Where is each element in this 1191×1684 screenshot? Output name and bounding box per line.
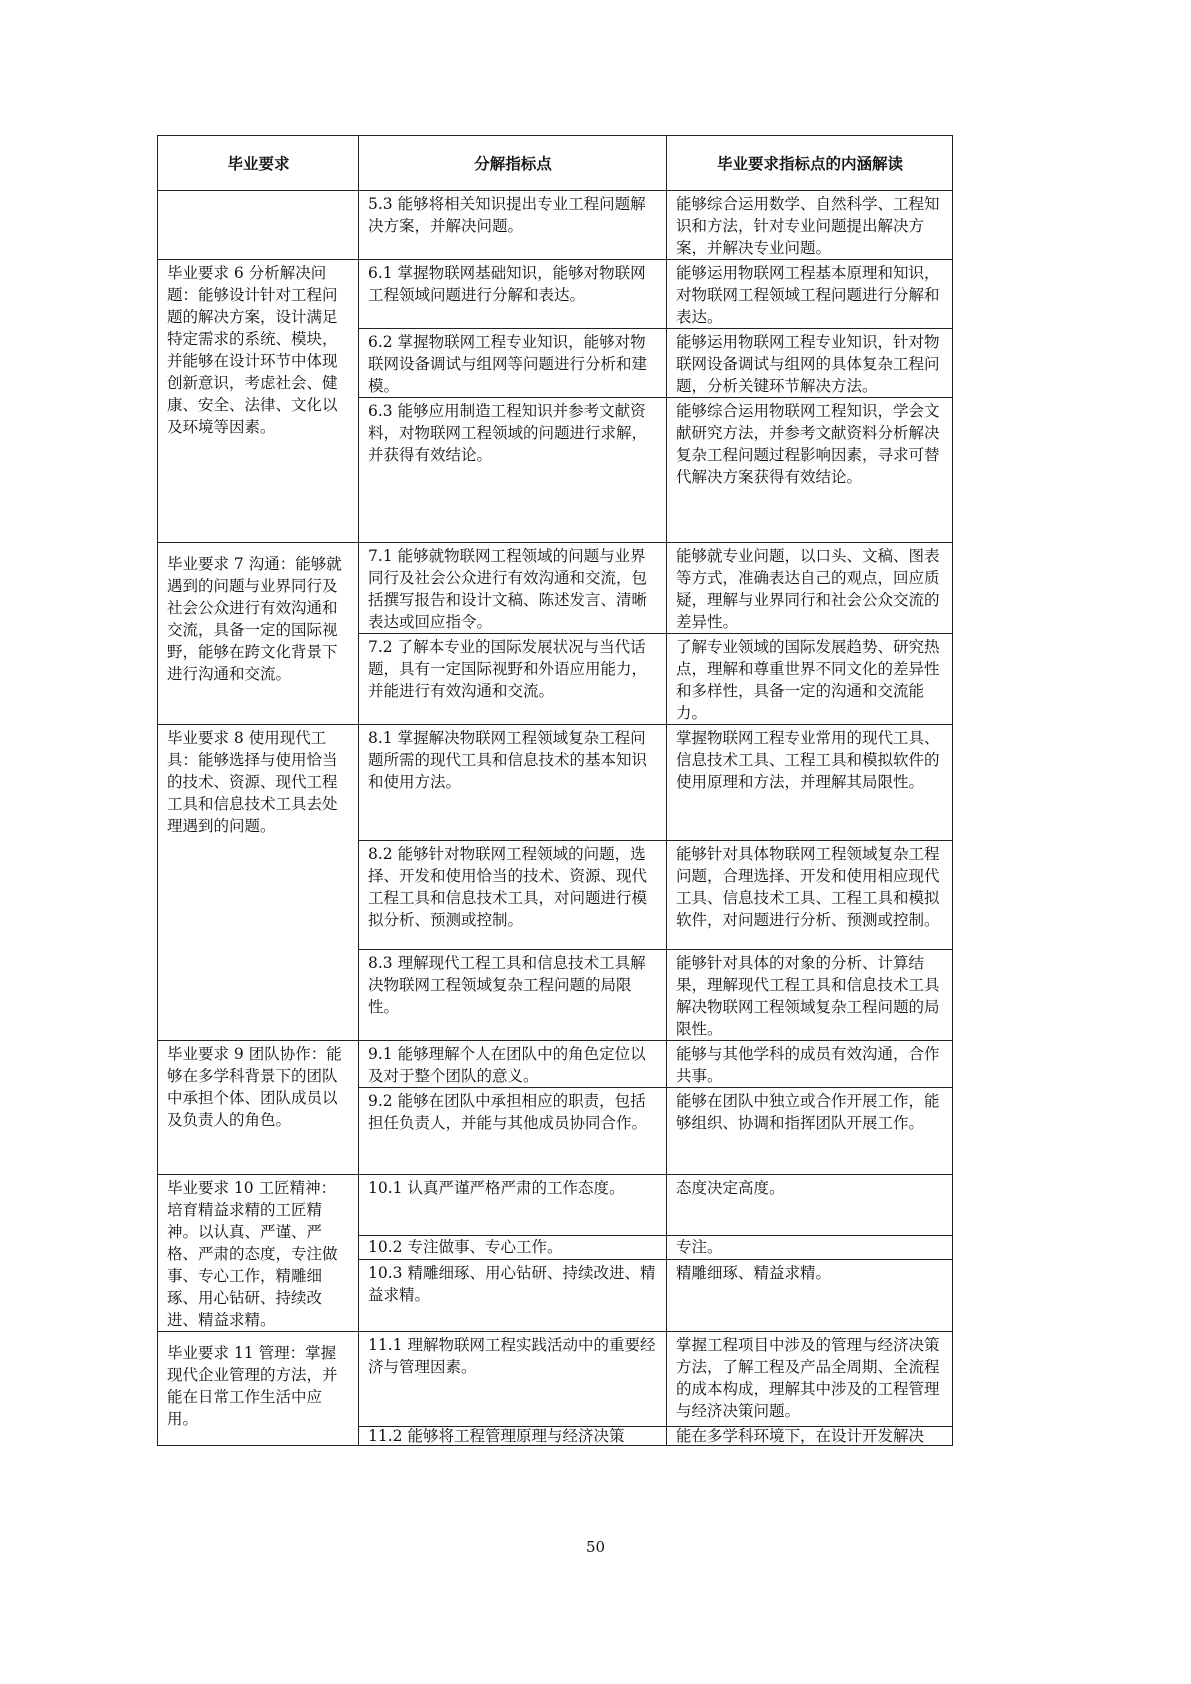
header-meaning: 毕业要求指标点的内涵解读 bbox=[667, 136, 953, 191]
meaning-cell: 能够与其他学科的成员有效沟通，合作共事。 bbox=[667, 1041, 953, 1088]
requirement-cell-9: 毕业要求 9 团队协作：能够在多学科背景下的团队中承担个体、团队成员以及负责人的… bbox=[158, 1041, 359, 1175]
indicator-cell: 9.2 能够在团队中承担相应的职责，包括担任负责人，并能与其他成员协同合作。 bbox=[359, 1088, 667, 1175]
meaning-cell: 专注。 bbox=[667, 1235, 953, 1259]
indicator-cell: 7.2 了解本专业的国际发展状况与当代话题，具有一定国际视野和外语应用能力，并能… bbox=[359, 634, 667, 725]
meaning-cell: 能够运用物联网工程专业知识，针对物联网设备调试与组网的具体复杂工程问题，分析关键… bbox=[667, 329, 953, 398]
indicator-cell: 5.3 能够将相关知识提出专业工程问题解决方案，并解决问题。 bbox=[359, 191, 667, 260]
requirement-cell-8: 毕业要求 8 使用现代工具：能够选择与使用恰当的技术、资源、现代工程工具和信息技… bbox=[158, 725, 359, 1041]
indicator-cell: 7.1 能够就物联网工程领域的问题与业界同行及社会公众进行有效沟通和交流，包括撰… bbox=[359, 543, 667, 634]
indicator-cell: 8.3 理解现代工程工具和信息技术工具解决物联网工程领域复杂工程问题的局限性。 bbox=[359, 950, 667, 1041]
indicator-cell: 6.2 掌握物联网工程专业知识，能够对物联网设备调试与组网等问题进行分析和建模。 bbox=[359, 329, 667, 398]
table-row: 毕业要求 7 沟通：能够就遇到的问题与业界同行及社会公众进行有效沟通和交流，具备… bbox=[158, 543, 953, 634]
requirement-cell-6: 毕业要求 6 分析解决问题：能够设计针对工程问题的解决方案，设计满足特定需求的系… bbox=[158, 260, 359, 543]
indicator-cell: 10.2 专注做事、专心工作。 bbox=[359, 1235, 667, 1259]
meaning-cell: 能够综合运用物联网工程知识，学会文献研究方法，并参考文献资料分析解决复杂工程问题… bbox=[667, 398, 953, 543]
indicator-cell: 10.1 认真严谨严格严肃的工作态度。 bbox=[359, 1175, 667, 1236]
table-header-row: 毕业要求 分解指标点 毕业要求指标点的内涵解读 bbox=[158, 136, 953, 191]
indicator-cell: 11.1 理解物联网工程实践活动中的重要经济与管理因素。 bbox=[359, 1332, 667, 1427]
indicator-cell: 8.2 能够针对物联网工程领域的问题，选择、开发和使用恰当的技术、资源、现代工程… bbox=[359, 841, 667, 950]
table-row: 毕业要求 6 分析解决问题：能够设计针对工程问题的解决方案，设计满足特定需求的系… bbox=[158, 260, 953, 329]
meaning-cell: 能够运用物联网工程基本原理和知识，对物联网工程领域工程问题进行分解和表达。 bbox=[667, 260, 953, 329]
indicator-cell: 8.1 掌握解决物联网工程领域复杂工程问题所需的现代工具和信息技术的基本知识和使… bbox=[359, 725, 667, 841]
meaning-cell: 掌握物联网工程专业常用的现代工具、信息技术工具、工程工具和模拟软件的使用原理和方… bbox=[667, 725, 953, 841]
meaning-cell: 能够针对具体的对象的分析、计算结果，理解现代工程工具和信息技术工具解决物联网工程… bbox=[667, 950, 953, 1041]
header-requirement: 毕业要求 bbox=[158, 136, 359, 191]
requirement-cell-7: 毕业要求 7 沟通：能够就遇到的问题与业界同行及社会公众进行有效沟通和交流，具备… bbox=[158, 543, 359, 725]
requirement-cell-5-cont bbox=[158, 191, 359, 260]
table-row: 5.3 能够将相关知识提出专业工程问题解决方案，并解决问题。 能够综合运用数学、… bbox=[158, 191, 953, 260]
indicator-cell: 6.1 掌握物联网基础知识，能够对物联网工程领域问题进行分解和表达。 bbox=[359, 260, 667, 329]
meaning-cell: 能够在团队中独立或合作开展工作，能够组织、协调和指挥团队开展工作。 bbox=[667, 1088, 953, 1175]
page-number: 50 bbox=[0, 1538, 1191, 1556]
meaning-cell: 精雕细琢、精益求精。 bbox=[667, 1259, 953, 1331]
graduation-requirements-table: 毕业要求 分解指标点 毕业要求指标点的内涵解读 5.3 能够将相关知识提出专业工… bbox=[157, 135, 953, 1446]
table-row: 毕业要求 8 使用现代工具：能够选择与使用恰当的技术、资源、现代工程工具和信息技… bbox=[158, 725, 953, 841]
meaning-cell: 能够就专业问题，以口头、文稿、图表等方式，准确表达自己的观点，回应质疑，理解与业… bbox=[667, 543, 953, 634]
indicator-cell: 9.1 能够理解个人在团队中的角色定位以及对于整个团队的意义。 bbox=[359, 1041, 667, 1088]
indicator-cell: 10.3 精雕细琢、用心钻研、持续改进、精益求精。 bbox=[359, 1259, 667, 1331]
header-indicator: 分解指标点 bbox=[359, 136, 667, 191]
meaning-cell: 了解专业领域的国际发展趋势、研究热点，理解和尊重世界不同文化的差异性和多样性，具… bbox=[667, 634, 953, 725]
indicator-cell: 11.2 能够将工程管理原理与经济决策 bbox=[359, 1427, 667, 1446]
meaning-cell: 能在多学科环境下，在设计开发解决 bbox=[667, 1427, 953, 1446]
meaning-cell: 能够综合运用数学、自然科学、工程知识和方法，针对专业问题提出解决方案，并解决专业… bbox=[667, 191, 953, 260]
requirement-cell-10: 毕业要求 10 工匠精神：培育精益求精的工匠精神。以认真、严谨、严格、严肃的态度… bbox=[158, 1175, 359, 1332]
meaning-cell: 能够针对具体物联网工程领域复杂工程问题，合理选择、开发和使用相应现代工具、信息技… bbox=[667, 841, 953, 950]
document-page: 毕业要求 分解指标点 毕业要求指标点的内涵解读 5.3 能够将相关知识提出专业工… bbox=[0, 0, 1191, 1684]
meaning-cell: 掌握工程项目中涉及的管理与经济决策方法，了解工程及产品全周期、全流程的成本构成，… bbox=[667, 1332, 953, 1427]
indicator-cell: 6.3 能够应用制造工程知识并参考文献资料，对物联网工程领域的问题进行求解，并获… bbox=[359, 398, 667, 543]
table-row: 毕业要求 9 团队协作：能够在多学科背景下的团队中承担个体、团队成员以及负责人的… bbox=[158, 1041, 953, 1088]
requirement-cell-11: 毕业要求 11 管理：掌握现代企业管理的方法，并能在日常工作生活中应用。 bbox=[158, 1332, 359, 1446]
table-row: 毕业要求 11 管理：掌握现代企业管理的方法，并能在日常工作生活中应用。 11.… bbox=[158, 1332, 953, 1427]
table-row: 毕业要求 10 工匠精神：培育精益求精的工匠精神。以认真、严谨、严格、严肃的态度… bbox=[158, 1175, 953, 1236]
meaning-cell: 态度决定高度。 bbox=[667, 1175, 953, 1236]
